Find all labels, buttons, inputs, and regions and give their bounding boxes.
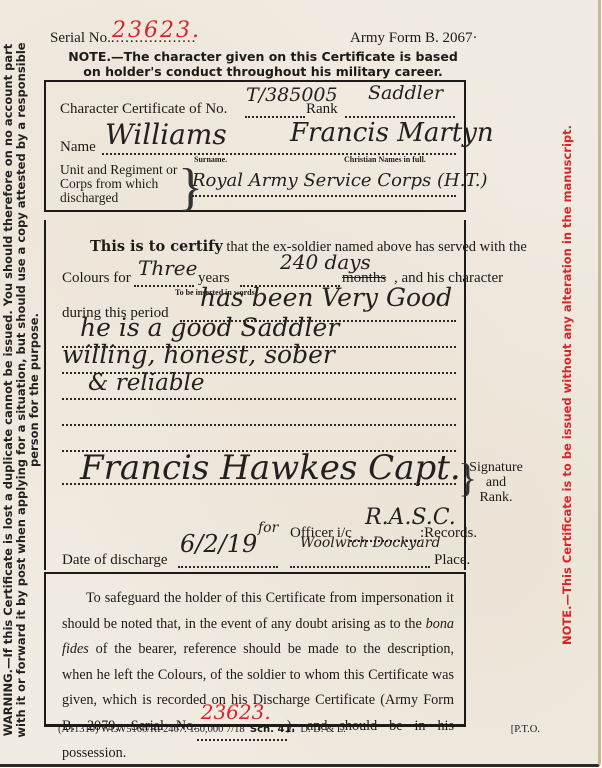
character-line-4: & reliable [88, 370, 205, 396]
certify-bold: This is to certify [90, 238, 223, 255]
place-label: Place. [434, 552, 470, 569]
red-manuscript-note: NOTE.—This Certificate is to be issued w… [560, 80, 580, 690]
place-value: Woolwich Dockyard [300, 535, 440, 551]
for-text: for [258, 520, 278, 536]
discharge-serial: 23623. [201, 700, 271, 726]
print-info: (A11310) Wt.W5166/RP2467. 150,000 7/18 S… [58, 724, 346, 735]
safeguard-paragraph: To safeguard the holder of this Certific… [62, 586, 454, 767]
surname-value: Williams [105, 118, 227, 151]
christian-names-value: Francis Martyn [290, 118, 494, 148]
warning-note: WARNING.—If this Certificate is lost a d… [2, 40, 52, 740]
conduct-note: NOTE.—The character given on this Certif… [58, 49, 468, 79]
character-line-1: has been Very Good [200, 283, 452, 312]
rank-label: Rank [306, 101, 338, 118]
discharge-label: Date of discharge [62, 552, 168, 569]
unit-label: Unit and Regiment or Corps from which di… [60, 163, 180, 205]
colours-label: Colours for [62, 270, 131, 287]
unit-value: Royal Army Service Corps (H.T.) [192, 170, 488, 191]
certificate-paper: Serial No................... 23623. Army… [0, 0, 601, 767]
character-line-2: he is a good Saddler [80, 313, 339, 342]
rank-value: Saddler [368, 82, 443, 104]
certify-rest: that the ex-soldier named above has serv… [226, 239, 526, 255]
years-value: Three [138, 256, 197, 280]
print-footer: (A11310) Wt.W5166/RP2467. 150,000 7/18 S… [58, 724, 540, 735]
christian-caption: Christian Names in full. [344, 155, 426, 164]
officer-signature: Francis Hawkes Capt. [80, 448, 461, 488]
form-number: Army Form B. 2067· [350, 30, 478, 47]
signature-rank-label: Signature and Rank. [468, 460, 524, 505]
name-label: Name [60, 139, 96, 156]
pto: [P.T.O. [511, 724, 540, 735]
character-line-3: willing, honest, sober [62, 340, 335, 369]
discharge-date: 6/2/19 [180, 530, 257, 558]
cert-no-label: Character Certificate of No. [60, 101, 227, 118]
serial-number: 23623. [112, 18, 201, 43]
